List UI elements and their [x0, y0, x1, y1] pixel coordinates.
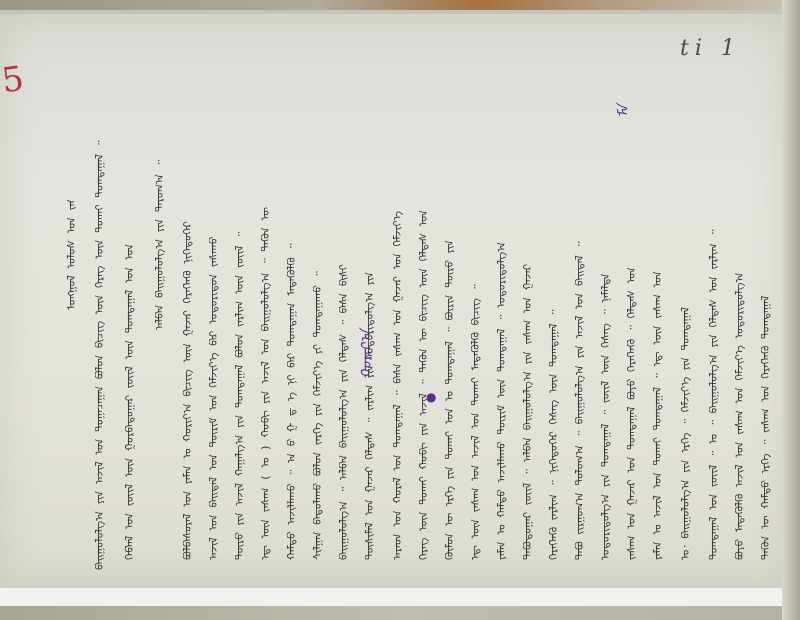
text-line: ᠪᠠᠢᠭᠤᠯᠤᠯᠭ᠎ᠠ ᠃ ᠠᠯᠪᠠᠨ ᠪᠠᠢᠭᠤᠯᠤᠯᠭ᠎ᠠ ᠶᠢᠨ ᠬᠡᠯᠲ… [339, 70, 349, 560]
text-line: ᠪᠤᠶᠤ ᠮᠡᠳᠡᠭᠦᠯᠬᠦ ᠠᠵᠢᠯ ᠤᠨ ᠵᠠᠰᠠᠭ ᠤᠨ ᠬᠡᠮᠵᠢᠶ᠎ᠡ… [735, 70, 745, 560]
text-line: ᠲᠦᠷᠦ ᠶᠢᠨ ᠠᠵᠢᠯ ᠬᠠᠭᠠᠯᠭ᠎ᠠ ᠶᠢᠨ ᠲᠣᠭᠲᠠᠭᠠᠯ ᠪᠣᠯᠤ… [235, 70, 245, 560]
text-line: ᠠᠯᠪᠠᠨ ᠪᠠᠢᠭᠤᠯᠤᠯᠭ᠎ᠠ ᠶᠢᠨ ᠳᠠᠷᠤᠭ᠎ᠠ ᠃ [155, 70, 165, 330]
text-line: ᠲᠡᠭᠦᠨ ᠦ ᠬᠠᠮᠲᠤ ᠡᠷᠬᠡ ᠃ ᠵᠠᠰᠠᠭ ᠤᠨ ᠬᠡᠷᠡᠭᠯᠡᠬᠦ … [761, 70, 771, 560]
page-number-annotation: ti 1 [680, 36, 741, 61]
text-line: ᠮᠣᠩᠭᠣᠯ ᠤᠯᠤᠰ ᠤᠨ ᠵᠠᠰᠠᠭ ᠤᠨ ᠭᠠᠵᠠᠷ ᠤᠨ [67, 200, 77, 310]
text-line: ᠬᠡᠷᠡᠭ ᠦᠨ ᠲᠤᠬᠠᠢ ᠬᠤᠪᠢ ᠶᠢᠨ ᠠᠵᠢᠯ ᠃ ᠲᠡᠭᠦᠨ ᠦ ᠪ… [419, 70, 429, 560]
text-line: ᠡᠳ᠋ ᠦᠨ ᠵᠠᠰᠠᠭ ᠤᠨ ᠠᠵᠢᠯ ᠤᠨ ᠲᠤᠬᠠᠢ ᠮᠡᠳᠡᠭᠦᠯᠬᠦ … [471, 70, 481, 560]
text-line: ᠲᠣᠭᠲᠠᠭᠠᠯ ᠤᠨ ᠵᠦᠢᠯ ᠃ ᠤ ᠃ ᠪᠠᠢᠭᠤᠯᠤᠯᠭ᠎ᠠ ᠶᠢᠨ ᠬ… [709, 70, 719, 560]
text-line: ᠬᠡᠪᠯᠡᠯ ᠤᠨ ᠵᠦᠢᠯ ᠦᠨ ᠭᠤᠷᠪᠠᠳᠤᠭᠠᠷ ᠵᠦᠢᠯ ᠦᠨ ᠲᠣᠭ… [125, 70, 135, 560]
text-line: ᠬᠡᠷᠡᠭᠯᠡᠬᠦ ᠵᠠᠷᠯᠢᠭ ᠃ ᠨᠢᠭᠡᠳᠦᠭᠡᠷ ᠬᠡᠰᠡᠭ ᠦᠨ ᠲᠣ… [549, 70, 559, 560]
text-line: ᠲᠠᠪᠤ ᠵᠢᠷᠭᠤᠭ᠎ᠠ ᠳᠣᠯᠣᠭ᠎ᠠ ᠃ ᠪᠠᠢᠭᠤᠯᠤᠯᠭ᠎ᠠ ᠶᠢᠨ … [575, 70, 585, 560]
text-line: ᠠᠵᠢᠯ ᠤᠨ ᠪᠠᠢᠳᠠᠯ ᠤᠨ ᠳᠦᠷᠢᠮ ᠤᠨ ᠬᠡᠮᠵᠢᠶ᠎ᠡ ᠪᠠᠷ … [209, 70, 219, 560]
ink-blot: ● [426, 390, 436, 404]
page-edge [782, 0, 800, 620]
handwritten-annotation: ᠬᠣᠷᠢᠶ᠎ᠠ [355, 330, 379, 379]
text-line: ᠤ᠂ ᠪᠠᠢᠭᠤᠯᠤᠯᠭ᠎ᠠ ᠶᠢᠨ ᠡᠷᠬᠡ ᠃ ᠬᠡᠮᠵᠢᠶ᠎ᠡ ᠶᠢᠨ ᠲ… [681, 100, 691, 560]
handwritten-annotation: ᠮᠠ [612, 105, 636, 118]
text-line: ᠶᠠᠮᠠᠨ ᠤ ᠠᠵᠢᠯ ᠤᠨ ᠲᠤᠬᠠᠢ ᠲᠣᠭᠲᠠᠭᠠᠯ ᠃ ᠡᠳ᠋ ᠦᠨ … [653, 100, 663, 560]
text-line: ᠠᠷᠠᠳ ᠤᠨ ᠬᠤᠷᠠᠯ ᠤᠨ ᠲᠣᠭᠲᠠᠭᠠᠯ ᠃ ᠪᠠᠰᠠ ᠵᠠᠰᠠᠭ ᠤ… [393, 70, 403, 560]
text-line: ᠤᠳᠤᠷᠢᠳᠤᠯᠭ᠎ᠠ ᠶᠢᠨ ᠲᠣᠭᠲᠠᠭᠠᠯ ᠃ ᠵᠦᠢᠯ ᠦᠨ ᠬᠡᠰᠡᠭ… [601, 70, 611, 560]
text-line: ᠲᠦᠰᠢᠮᠡᠯ ᠤᠨ ᠭᠠᠵᠠᠷ ᠬᠡᠯᠲᠡᠰ ᠃ ᠵᠠᠷᠯᠢᠭ ᠶᠢᠨ ᠤᠳᠤ… [365, 70, 375, 560]
text-line: ᠲᠠᠪᠤᠳᠤᠭᠠᠷ ᠵᠦᠢᠯ ᠃ ᠠᠯᠪᠠᠨ ᠪᠠᠢᠭᠤᠯᠤᠯᠭ᠎ᠠ ᠶᠢᠨ ᠵ… [523, 70, 533, 560]
text-line: ᠬᠠᠮᠲᠤ ᠠᠵᠢᠯᠯᠠᠬᠤ ᠃ ᠠ ᠪ ᠭ ᠳ ᠡ ᠨᠢ ᠪᠠᠷ ᠲᠣᠭᠲᠠᠭ… [287, 70, 297, 560]
text-line: ᠰᠢᠯᠭᠠᠨ ᠪᠠᠲᠤᠯᠠᠬᠤ ᠪᠣᠯᠤᠨ ᠵᠡᠷᠭᠡ ᠶᠢᠨ ᠬᠡᠮᠵᠢᠶ᠎ᠡ… [313, 70, 323, 560]
text-line: ᠵᠠᠰᠠᠭ ᠤᠨ ᠭᠠᠵᠠᠷ ᠤᠨ ᠲᠣᠭᠲᠠᠭᠠᠯ ᠪᠤᠶᠤ ᠬᠡᠷᠡᠭᠯᠡᠬ… [627, 70, 637, 560]
table-surface-bottom [0, 606, 800, 620]
text-line: ᠬᠦᠮᠦᠨ ᠦ ᠡᠷᠬᠡ ᠶᠢᠨ ᠲᠤᠬᠠᠢ ᠣᠨ ᠤ ᠲᠣᠭᠲᠠᠭᠠᠯ ᠃ ᠪ… [445, 70, 455, 560]
text-line: ᠡᠳ᠋ ᠦᠨ ᠵᠠᠰᠠᠭ ( ᠤ ) ᠬᠤᠪᠢ ᠶᠢᠨ ᠠᠵᠢᠯ ᠤᠨ ᠪᠠᠢᠭ… [261, 70, 271, 560]
text-line: ᠶᠠᠮᠠᠨ ᠤ ᠬᠠᠮᠲᠤ ᠠᠵᠢᠯᠯᠠᠬᠤ ᠳᠦᠷᠢᠮ ᠦᠨ ᠲᠣᠭᠲᠠᠭᠠᠯ… [497, 70, 507, 560]
text-line: ᠪᠣᠯᠪᠠᠰᠤᠷᠠᠯ ᠤᠨ ᠶᠠᠮᠠᠨ ᠤ ᠬᠣᠷᠢᠶ᠎ᠠ ᠪᠢᠴᠢᠭ ᠦᠨ ᠭ… [183, 70, 193, 560]
text-line: ᠪᠠᠢᠭᠤᠯᠤᠯᠭ᠎ᠠ ᠶᠢᠨ ᠠᠵᠢᠯ ᠤᠨ ᠲᠣᠭᠠᠴᠠᠭᠠᠨ ᠪᠤᠯᠤᠨ … [95, 70, 105, 570]
